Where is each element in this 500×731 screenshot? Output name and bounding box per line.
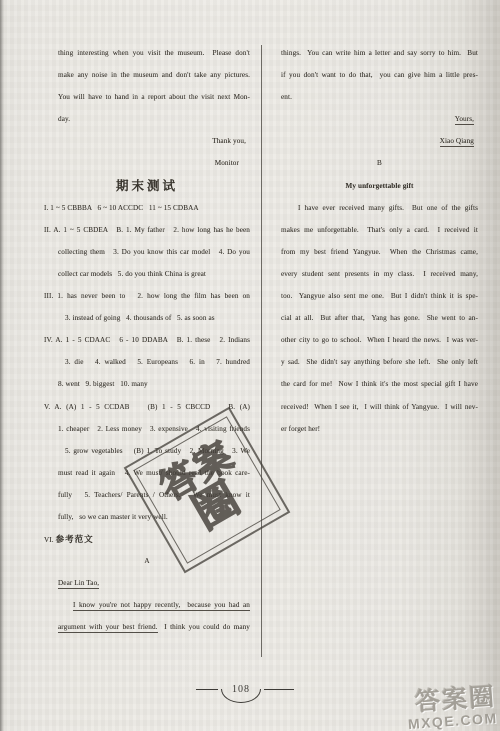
- text-line: every student sent presents in my class.…: [281, 263, 478, 285]
- page-number-ornament: 108: [196, 684, 294, 710]
- text-run: the card for me! Now I think it's the mo…: [281, 380, 478, 388]
- text-line: the card for me! Now I think it's the mo…: [281, 373, 478, 395]
- text-line: II. A. 1 ~ 5 CBDEA B. 1. My father 2. ho…: [44, 219, 250, 241]
- page-number-right-rule: [264, 689, 294, 690]
- text-run: from my best friend Yangyue. When the Ch…: [281, 248, 478, 256]
- text-run: if you don't want to do that, you can gi…: [281, 71, 478, 79]
- page-left-edge-shadow: [0, 0, 4, 731]
- text-line: Thank you,: [44, 130, 250, 152]
- text-run: III. 1. has never been to 2. how long th…: [44, 292, 250, 300]
- scanned-answer-page: thing interesting when you visit the mus…: [0, 0, 500, 731]
- text-run: collecting them 3. Do you know this car …: [58, 248, 250, 256]
- text-line: collecting them 3. Do you know this car …: [44, 241, 250, 263]
- text-run: er forget her!: [281, 425, 320, 433]
- text-line: er forget her!: [281, 418, 478, 440]
- text-line: You will have to hand in a report about …: [44, 86, 250, 108]
- underlined-text: argument with your best friend.: [58, 623, 158, 633]
- text-run: day.: [58, 115, 70, 123]
- text-line: other city to go to school. When I heard…: [281, 329, 478, 351]
- text-run: received! When I see it, I will think of…: [281, 403, 478, 411]
- text-run: VI.: [44, 536, 56, 544]
- text-line: I know you're not happy recently, becaus…: [44, 594, 250, 616]
- text-run: My unforgettable gift: [346, 182, 414, 190]
- text-line: IV. A. 1 - 5 CDAAC 6 - 10 DDABA B. 1. th…: [44, 329, 250, 351]
- underlined-text: Dear Lin Tao,: [58, 579, 99, 589]
- text-line: Xiao Qiang: [281, 130, 478, 152]
- text-run: 3. instead of going 4. thousands of 5. a…: [65, 314, 215, 322]
- text-run: II. A. 1 ~ 5 CBDEA B. 1. My father 2. ho…: [44, 226, 250, 234]
- text-line: thing interesting when you visit the mus…: [44, 42, 250, 64]
- text-line: 3. instead of going 4. thousands of 5. a…: [44, 307, 250, 329]
- brand-watermark: 答案圈 MXQE.COM: [406, 685, 498, 731]
- text-line: I have ever received many gifts. But one…: [281, 197, 478, 219]
- text-line: cial at all. But after that, Yang has go…: [281, 307, 478, 329]
- text-line: received! When I see it, I will think of…: [281, 396, 478, 418]
- text-line: B: [281, 152, 478, 174]
- text-run: Thank you,: [212, 137, 246, 145]
- text-line: My unforgettable gift: [281, 175, 478, 197]
- text-run: Monitor: [215, 159, 239, 167]
- text-line: Dear Lin Tao,: [44, 572, 250, 594]
- text-line: argument with your best friend. I think …: [44, 616, 250, 638]
- page-number: 108: [218, 684, 264, 695]
- text-line: 3. die 4. walked 5. Europeans 6. in 7. h…: [44, 351, 250, 373]
- column-divider-rule: [261, 45, 262, 657]
- text-line: make any noise in the museum and don't t…: [44, 64, 250, 86]
- page-number-arc-holder: 108: [218, 684, 264, 708]
- text-run: 期末测试: [116, 179, 178, 193]
- text-run: collect car models 5. do you think China…: [58, 270, 206, 278]
- text-run: cial at all. But after that, Yang has go…: [281, 314, 478, 322]
- text-run: 8. went 9. biggest 10. many: [58, 380, 148, 388]
- underlined-text: Yours,: [455, 115, 474, 125]
- text-run: makes me unforgettable. That's only a ca…: [281, 226, 478, 234]
- text-run: 3. die 4. walked 5. Europeans 6. in 7. h…: [65, 358, 250, 366]
- text-run: You will have to hand in a report about …: [58, 93, 250, 101]
- text-line: III. 1. has never been to 2. how long th…: [44, 285, 250, 307]
- text-line: 8. went 9. biggest 10. many: [44, 373, 250, 395]
- text-run: make any noise in the museum and don't t…: [58, 71, 250, 79]
- text-line: from my best friend Yangyue. When the Ch…: [281, 241, 478, 263]
- text-run: every student sent presents in my class.…: [281, 270, 478, 278]
- text-run: other city to go to school. When I heard…: [281, 336, 478, 344]
- text-line: y sad. She didn't say anything before sh…: [281, 351, 478, 373]
- text-line: makes me unforgettable. That's only a ca…: [281, 219, 478, 241]
- text-line: Yours,: [281, 108, 478, 130]
- text-line: ent.: [281, 86, 478, 108]
- text-line: collect car models 5. do you think China…: [44, 263, 250, 285]
- text-run: 参考范文: [56, 534, 94, 544]
- text-run: I think you could do many: [158, 623, 250, 631]
- text-line: day.: [44, 108, 250, 130]
- text-run: B: [377, 159, 382, 167]
- text-line: too. Yangyue also sent me one. But I did…: [281, 285, 478, 307]
- text-line: Monitor: [44, 152, 250, 174]
- page-number-left-rule: [196, 689, 218, 690]
- text-run: things. You can write him a letter and s…: [281, 49, 478, 57]
- underlined-text: I know you're not happy recently, becaus…: [73, 601, 250, 611]
- text-run: I have ever received many gifts. But one…: [298, 204, 478, 212]
- right-column: things. You can write him a letter and s…: [281, 42, 478, 440]
- text-line: A: [44, 550, 250, 572]
- text-line: things. You can write him a letter and s…: [281, 42, 478, 64]
- text-line: I. 1 ~ 5 CBBBA 6 ~ 10 ACCDC 11 ~ 15 CDBA…: [44, 197, 250, 219]
- text-line: if you don't want to do that, you can gi…: [281, 64, 478, 86]
- text-run: too. Yangyue also sent me one. But I did…: [281, 292, 478, 300]
- text-run: A: [144, 557, 149, 565]
- text-run: V. A. (A) 1 - 5 CCDAB (B) 1 - 5 CBCCD B.…: [44, 403, 250, 411]
- underlined-text: Xiao Qiang: [440, 137, 474, 147]
- text-run: ent.: [281, 93, 292, 101]
- text-run: y sad. She didn't say anything before sh…: [281, 358, 478, 366]
- text-run: thing interesting when you visit the mus…: [58, 49, 250, 57]
- text-run: I. 1 ~ 5 CBBBA 6 ~ 10 ACCDC 11 ~ 15 CDBA…: [44, 204, 199, 212]
- text-run: IV. A. 1 - 5 CDAAC 6 - 10 DDABA B. 1. th…: [44, 336, 250, 344]
- text-line: 期末测试: [44, 175, 250, 197]
